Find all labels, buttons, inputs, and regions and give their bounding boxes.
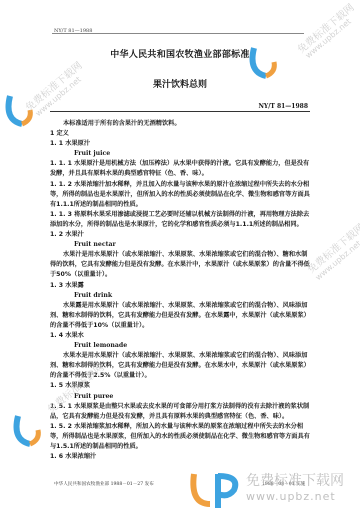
paragraph: 1. 5. 2 水果浓缩浆加水稀释，所加入的水量与该种水果的原浆在浓缩过程中所失… <box>50 422 312 452</box>
body-lines: 1 定义1. 1 水果原汁Fruit juice1. 1. 1 水果原汁是用机械… <box>50 129 312 462</box>
paragraph: 水果水是用水果原汁（或水果浓缩汁、水果原浆、水果浓缩浆或它们的混合物）、风味添加… <box>50 351 312 381</box>
document-page: NY/T 81—1988 中华人民共和国农牧渔业部部标准 果汁饮料总则 NY/T… <box>0 0 360 510</box>
effective-date: 1988－08－01 实施 <box>262 481 305 487</box>
paragraph: 1. 1. 2 水果浓缩汁加水稀释，并且加入的水量与该种水果的原汁在浓缩过程中所… <box>50 180 312 210</box>
english-term: Fruit lemonade <box>50 341 312 351</box>
paragraph: 1. 1. 3 将原料水果采用渗滤或浸提工艺必要时还辅以机械方法制得的汁液，再用… <box>50 210 312 230</box>
section-heading: 1. 5 水果原浆 <box>50 381 312 391</box>
intro-paragraph: 本标准适用于所有的含果汁的无酒精饮料。 <box>50 119 312 129</box>
title-rule <box>50 111 310 112</box>
paragraph: 水果露是用水果原汁（或水果浓缩汁、水果原浆、水果浓缩浆或它们的混合物）、风味添加… <box>50 301 312 331</box>
watermark-logo-icon <box>2 90 42 134</box>
watermark-url: www.upbz.net <box>314 239 360 282</box>
paragraph: 1. 1. 1 水果原汁是用机械方法（加压榨法）从水果中获得的汁液。它具有发酵能… <box>50 159 312 179</box>
issuing-organization: 中华人民共和国农牧渔业部部标准 <box>0 47 360 60</box>
section-heading: 1 定义 <box>50 129 312 139</box>
section-heading: 1. 2 水果汁 <box>50 230 312 240</box>
standard-code: NY/T 81—1988 <box>258 103 308 110</box>
watermark-url: www.upbz.net <box>246 490 336 503</box>
english-term: Fruit nectar <box>50 240 312 250</box>
paragraph: 水果汁是用水果原汁（或水果浓缩汁、水果原浆、水果浓缩浆或它们的混合物）、糖和水制… <box>50 250 312 280</box>
section-heading: 1. 4 水果水 <box>50 331 312 341</box>
paragraph: 1. 5. 1 水果原浆是由整只水果或去皮水果的可食部分用打浆方法制得的没有去除… <box>50 402 312 422</box>
section-heading: 1. 6 水果浓缩汁 <box>50 452 312 462</box>
english-term: Fruit drink <box>50 291 312 301</box>
watermark-text: 免费标准下载网 <box>246 470 344 490</box>
issue-date: 中华人民共和国农牧渔业部 1988－01－27 发布 <box>54 481 154 487</box>
section-heading: 1. 1 水果原汁 <box>50 139 312 149</box>
header-rule <box>52 33 304 34</box>
document-body: 本标准适用于所有的含果汁的无酒精饮料。 1 定义1. 1 水果原汁Fruit j… <box>50 119 312 462</box>
english-term: Fruit juice <box>50 149 312 159</box>
document-title: 果汁饮料总则 <box>0 77 360 90</box>
watermark-logo-icon <box>188 470 248 510</box>
english-term: Fruit puree <box>50 392 312 402</box>
section-heading: 1. 3 水果露 <box>50 281 312 291</box>
watermark-logo-icon <box>10 410 50 454</box>
